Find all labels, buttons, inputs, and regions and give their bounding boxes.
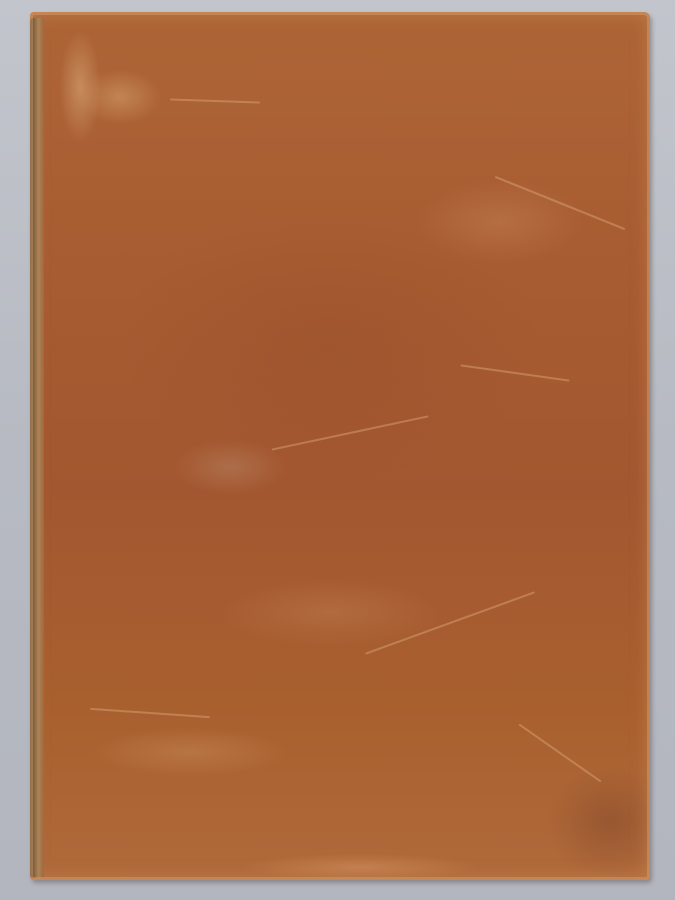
- scratch-mark: [460, 364, 569, 381]
- scratch-mark: [518, 724, 601, 783]
- scratch-mark: [495, 176, 626, 230]
- scratch-mark: [365, 591, 535, 654]
- scratch-mark: [170, 98, 260, 103]
- book-cover: [30, 12, 650, 880]
- scratch-mark: [90, 708, 210, 718]
- scratch-mark: [272, 415, 429, 450]
- book-spine: [30, 18, 44, 878]
